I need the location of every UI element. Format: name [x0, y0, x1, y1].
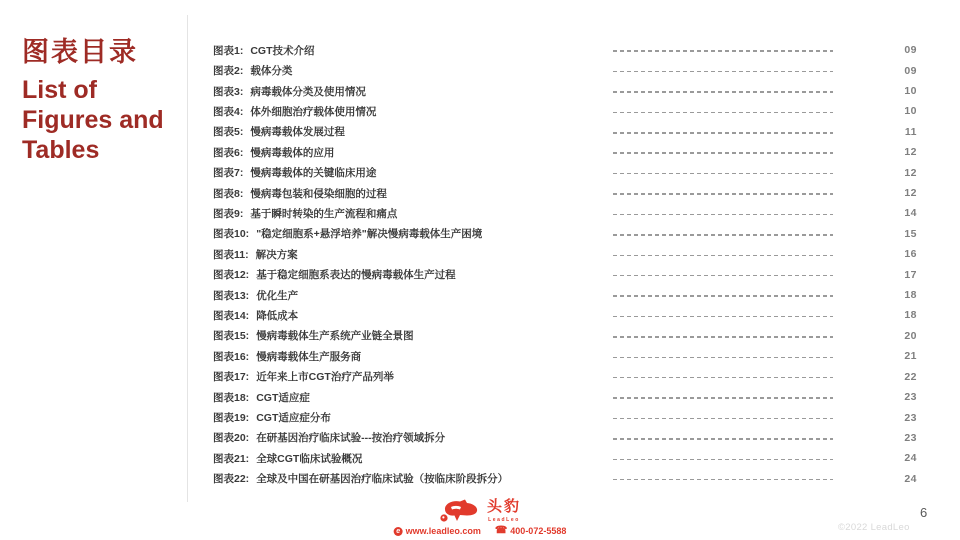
footer-contact: e www.leadleo.com ☎ 400-072-5588: [394, 526, 567, 536]
dotted-leader: [613, 234, 833, 236]
dotted-leader: [613, 479, 833, 481]
logo-text-zh: 头豹: [487, 499, 521, 514]
toc-entry-page: 10: [833, 105, 917, 117]
toc-entry-label: 图表8:: [213, 188, 243, 200]
toc-entry-page: 24: [833, 473, 917, 485]
toc-entry-title: 解决方案: [256, 249, 298, 261]
dotted-leader: [613, 357, 833, 359]
toc-entry-title: 在研基因治疗临床试验---按治疗领域拆分: [256, 432, 445, 444]
toc-list: 图表1:CGT技术介绍 09 图表2:载体分类 09 图表3:病毒载体分类及使用…: [213, 40, 917, 489]
toc-entry-page: 16: [833, 248, 917, 260]
toc-entry-title: 慢病毒载体发展过程: [250, 126, 345, 138]
toc-entry-page: 22: [833, 371, 917, 383]
toc-entry[interactable]: 图表4:体外细胞治疗载体使用情况 10: [213, 101, 917, 121]
page-title-zh: 图表目录: [22, 38, 182, 68]
toc-entry[interactable]: 图表9:基于瞬时转染的生产流程和痛点 14: [213, 203, 917, 223]
dotted-leader: [613, 91, 833, 93]
phone-item: ☎ 400-072-5588: [495, 526, 567, 536]
dotted-leader: [613, 193, 833, 195]
toc-entry-page: 11: [833, 126, 917, 138]
logo-text-en: LeadLeo: [488, 517, 520, 523]
website-item: e www.leadleo.com: [394, 526, 481, 536]
toc-entry-text: 图表11:解决方案: [213, 247, 613, 262]
toc-entry-text: 图表17:近年来上市CGT治疗产品列举: [213, 369, 613, 384]
toc-entry-label: 图表10:: [213, 228, 249, 240]
dotted-leader: [613, 173, 833, 175]
toc-entry-title: 载体分类: [250, 65, 292, 77]
toc-entry-label: 图表19:: [213, 412, 249, 424]
toc-entry-page: 09: [833, 44, 917, 56]
toc-entry-text: 图表9:基于瞬时转染的生产流程和痛点: [213, 206, 613, 221]
toc-entry-text: 图表2:载体分类: [213, 63, 613, 78]
toc-entry[interactable]: 图表2:载体分类 09: [213, 60, 917, 80]
toc-entry-label: 图表1:: [213, 45, 243, 57]
toc-entry[interactable]: 图表8:慢病毒包装和侵染细胞的过程 12: [213, 183, 917, 203]
vertical-divider: [187, 15, 188, 502]
toc-entry-label: 图表20:: [213, 432, 249, 444]
toc-entry-page: 20: [833, 330, 917, 342]
toc-entry[interactable]: 图表20:在研基因治疗临床试验---按治疗领域拆分 23: [213, 428, 917, 448]
toc-entry-title: 慢病毒载体生产系统产业链全景图: [256, 330, 414, 342]
toc-entry-title: "稳定细胞系+悬浮培养"解决慢病毒载体生产困境: [256, 228, 482, 240]
toc-entry-label: 图表21:: [213, 453, 249, 465]
toc-entry-title: CGT技术介绍: [250, 45, 314, 57]
toc-entry-label: 图表15:: [213, 330, 249, 342]
dotted-leader: [613, 397, 833, 399]
logo-text: 头豹 LeadLeo: [487, 499, 521, 523]
report-page: { "colors": { "brand_red": "#9e2b25", "f…: [0, 0, 960, 540]
toc-entry-title: CGT适应症分布: [256, 412, 331, 424]
toc-entry[interactable]: 图表15:慢病毒载体生产系统产业链全景图 20: [213, 326, 917, 346]
toc-entry[interactable]: 图表22:全球及中国在研基因治疗临床试验（按临床阶段拆分） 24: [213, 469, 917, 489]
globe-icon: e: [394, 527, 403, 536]
toc-entry-title: CGT适应症: [256, 392, 310, 404]
toc-entry[interactable]: 图表14:降低成本 18: [213, 305, 917, 325]
toc-entry-text: 图表6:慢病毒载体的应用: [213, 145, 613, 160]
toc-entry[interactable]: 图表18:CGT适应症 23: [213, 387, 917, 407]
toc-entry-page: 18: [833, 289, 917, 301]
toc-entry-page: 18: [833, 309, 917, 321]
toc-entry-label: 图表2:: [213, 65, 243, 77]
toc-entry[interactable]: 图表16:慢病毒载体生产服务商 21: [213, 346, 917, 366]
toc-entry-text: 图表16:慢病毒载体生产服务商: [213, 349, 613, 364]
toc-entry-text: 图表20:在研基因治疗临床试验---按治疗领域拆分: [213, 430, 613, 445]
toc-entry[interactable]: 图表21:全球CGT临床试验概况 24: [213, 448, 917, 468]
toc-entry-label: 图表11:: [213, 249, 249, 261]
dotted-leader: [613, 377, 833, 379]
toc-entry-page: 12: [833, 146, 917, 158]
toc-entry-label: 图表22:: [213, 473, 249, 485]
toc-entry-title: 近年来上市CGT治疗产品列举: [256, 371, 394, 383]
toc-entry[interactable]: 图表7:慢病毒载体的关键临床用途 12: [213, 162, 917, 182]
dotted-leader: [613, 418, 833, 420]
toc-entry-title: 病毒载体分类及使用情况: [250, 86, 366, 98]
dotted-leader: [613, 316, 833, 318]
toc-entry-label: 图表13:: [213, 290, 249, 302]
dotted-leader: [613, 50, 833, 52]
toc-entry-page: 15: [833, 228, 917, 240]
toc-entry-title: 降低成本: [256, 310, 298, 322]
toc-entry-text: 图表22:全球及中国在研基因治疗临床试验（按临床阶段拆分）: [213, 471, 613, 486]
toc-entry-text: 图表4:体外细胞治疗载体使用情况: [213, 104, 613, 119]
toc-entry-text: 图表21:全球CGT临床试验概况: [213, 451, 613, 466]
toc-entry-label: 图表9:: [213, 208, 243, 220]
dotted-leader: [613, 214, 833, 216]
toc-entry-text: 图表8:慢病毒包装和侵染细胞的过程: [213, 186, 613, 201]
toc-entry[interactable]: 图表3:病毒载体分类及使用情况 10: [213, 81, 917, 101]
page-title-en: List of Figures and Tables: [22, 75, 182, 165]
dotted-leader: [613, 459, 833, 461]
toc-entry-text: 图表12:基于稳定细胞系表达的慢病毒载体生产过程: [213, 267, 613, 282]
toc-entry-label: 图表12:: [213, 269, 249, 281]
toc-entry[interactable]: 图表19:CGT适应症分布 23: [213, 407, 917, 427]
toc-entry[interactable]: 图表12:基于稳定细胞系表达的慢病毒载体生产过程 17: [213, 264, 917, 284]
sidebar-title-block: 图表目录 List of Figures and Tables: [22, 38, 182, 165]
toc-entry-text: 图表18:CGT适应症: [213, 390, 613, 405]
toc-entry-title: 体外细胞治疗载体使用情况: [250, 106, 376, 118]
toc-entry[interactable]: 图表10:"稳定细胞系+悬浮培养"解决慢病毒载体生产困境 15: [213, 224, 917, 244]
toc-entry[interactable]: 图表17:近年来上市CGT治疗产品列举 22: [213, 367, 917, 387]
toc-entry-label: 图表7:: [213, 167, 243, 179]
toc-entry-label: 图表18:: [213, 392, 249, 404]
toc-entry-title: 基于瞬时转染的生产流程和痛点: [250, 208, 397, 220]
toc-entry-title: 慢病毒包装和侵染细胞的过程: [250, 188, 387, 200]
toc-entry-title: 全球CGT临床试验概况: [256, 453, 362, 465]
toc-entry-page: 23: [833, 391, 917, 403]
toc-entry-label: 图表3:: [213, 86, 243, 98]
phone-icon: ☎: [495, 526, 507, 536]
dotted-leader: [613, 438, 833, 440]
toc-entry-page: 21: [833, 350, 917, 362]
toc-entry[interactable]: 图表6:慢病毒载体的应用 12: [213, 142, 917, 162]
toc-entry[interactable]: 图表13:优化生产 18: [213, 285, 917, 305]
toc-entry-text: 图表5:慢病毒载体发展过程: [213, 124, 613, 139]
toc-entry-page: 12: [833, 167, 917, 179]
dotted-leader: [613, 132, 833, 134]
toc-entry-text: 图表10:"稳定细胞系+悬浮培养"解决慢病毒载体生产困境: [213, 226, 613, 241]
toc-entry[interactable]: 图表5:慢病毒载体发展过程 11: [213, 122, 917, 142]
toc-entry-text: 图表7:慢病毒载体的关键临床用途: [213, 165, 613, 180]
toc-entry-title: 慢病毒载体生产服务商: [256, 351, 361, 363]
toc-entry-page: 10: [833, 85, 917, 97]
toc-entry-page: 23: [833, 412, 917, 424]
toc-entry[interactable]: 图表11:解决方案 16: [213, 244, 917, 264]
page-number: 6: [920, 505, 927, 520]
toc-entry-page: 09: [833, 65, 917, 77]
toc-entry-label: 图表4:: [213, 106, 243, 118]
toc-entry-label: 图表14:: [213, 310, 249, 322]
footer-phone: 400-072-5588: [510, 526, 566, 536]
toc-entry-title: 基于稳定细胞系表达的慢病毒载体生产过程: [256, 269, 456, 281]
toc-entry-page: 17: [833, 269, 917, 281]
toc-entry-title: 优化生产: [256, 290, 298, 302]
toc-entry-text: 图表3:病毒载体分类及使用情况: [213, 84, 613, 99]
toc-entry-text: 图表1:CGT技术介绍: [213, 43, 613, 58]
toc-entry-label: 图表5:: [213, 126, 243, 138]
dotted-leader: [613, 255, 833, 257]
leopard-head-icon: [439, 499, 481, 523]
copyright-text: ©2022 LeadLeo: [838, 522, 910, 533]
footer-website-link[interactable]: www.leadleo.com: [406, 526, 481, 536]
toc-entry-text: 图表15:慢病毒载体生产系统产业链全景图: [213, 328, 613, 343]
toc-entry-title: 慢病毒载体的应用: [250, 147, 334, 159]
toc-entry-page: 12: [833, 187, 917, 199]
toc-entry[interactable]: 图表1:CGT技术介绍 09: [213, 40, 917, 60]
dotted-leader: [613, 336, 833, 338]
toc-entry-label: 图表6:: [213, 147, 243, 159]
toc-entry-title: 全球及中国在研基因治疗临床试验（按临床阶段拆分）: [256, 473, 508, 485]
toc-entry-text: 图表14:降低成本: [213, 308, 613, 323]
toc-entry-page: 23: [833, 432, 917, 444]
toc-entry-text: 图表13:优化生产: [213, 288, 613, 303]
dotted-leader: [613, 152, 833, 154]
dotted-leader: [613, 112, 833, 114]
leadleo-logo: 头豹 LeadLeo: [439, 499, 521, 523]
dotted-leader: [613, 71, 833, 73]
toc-entry-page: 24: [833, 452, 917, 464]
dotted-leader: [613, 295, 833, 297]
toc-entry-label: 图表17:: [213, 371, 249, 383]
toc-entry-page: 14: [833, 207, 917, 219]
dotted-leader: [613, 275, 833, 277]
toc-entry-label: 图表16:: [213, 351, 249, 363]
toc-entry-title: 慢病毒载体的关键临床用途: [250, 167, 376, 179]
toc-entry-text: 图表19:CGT适应症分布: [213, 410, 613, 425]
